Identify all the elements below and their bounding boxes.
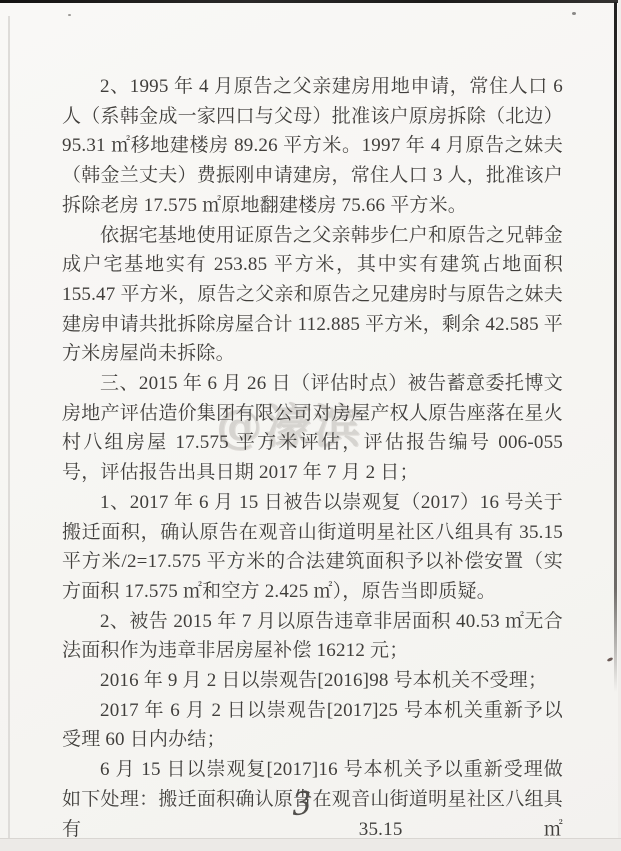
scan-speck [68,14,71,16]
scan-edge-left [8,16,10,851]
document-body: 2、1995 年 4 月原告之父亲建房用地申请，常住人口 6 人（系韩金成一家四… [62,72,563,844]
paragraph-2017-reacceptance: 2017 年 6 月 2 日以崇观告[2017]25 号本机关重新予以受理 60… [62,696,563,755]
paragraph-june15-decision: 6 月 15 日以崇观复[2017]16 号本机关予以重新受理做如下处理：搬迁面… [62,755,563,844]
handwritten-page-number: 3 [291,784,312,823]
scan-speck [607,657,614,662]
scanned-document-page: @濠滨 2、1995 年 4 月原告之父亲建房用地申请，常住人口 6 人（系韩金… [0,0,621,851]
paragraph-building-application-1995: 2、1995 年 4 月原告之父亲建房用地申请，常住人口 6 人（系韩金成一家四… [62,72,563,221]
scan-edge-right [614,2,617,692]
scan-edge-top [0,0,621,3]
paragraph-appraisal-report: 三、2015 年 6 月 26 日（评估时点）被告蓄意委托博文房地产评估造价集团… [62,369,563,488]
paragraph-illegal-area-compensation: 2、被告 2015 年 7 月以原告违章非居面积 40.53 ㎡无合法面积作为违… [62,607,563,666]
paragraph-2016-rejection: 2016 年 9 月 2 日以崇观告[2016]98 号本机关不受理； [62,666,563,696]
scan-speck [572,12,576,15]
paragraph-homestead-certificate: 依据宅基地使用证原告之父亲韩步仁户和原告之兄韩金成户宅基地实有 253.85 平… [62,221,563,370]
paragraph-relocation-area-confirmation: 1、2017 年 6 月 15 日被告以崇观复（2017）16 号关于搬迁面积，… [62,488,563,607]
